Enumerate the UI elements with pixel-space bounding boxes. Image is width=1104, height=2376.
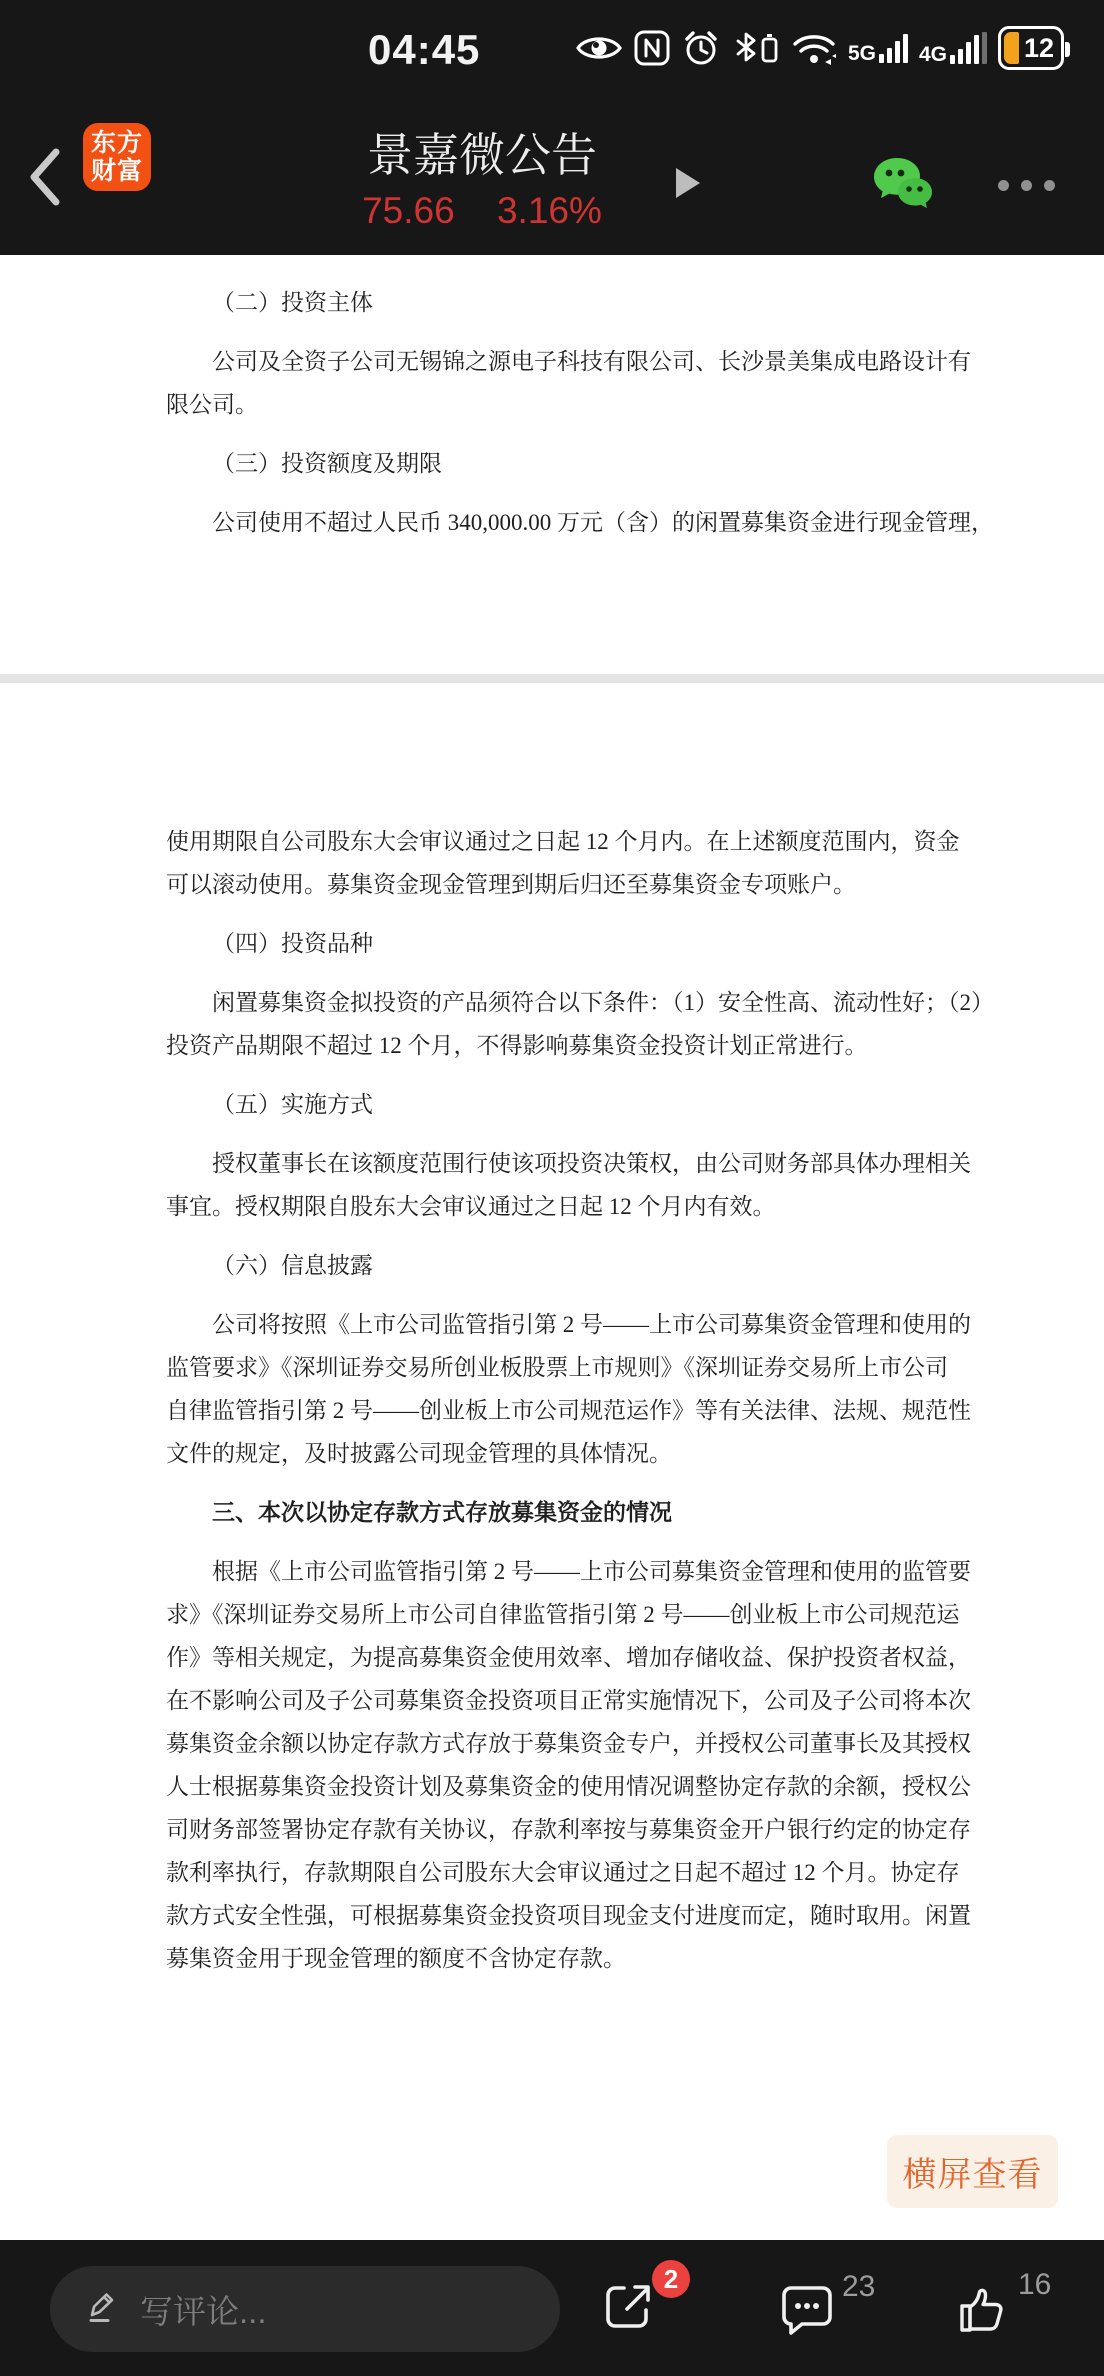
share-icon (602, 2280, 656, 2339)
document-line: 根据《上市公司监管指引第 2 号——上市公司募集资金管理和使用的监管要 (166, 1550, 954, 1593)
document-line: 款方式安全性强，可根据募集资金投资项目现金支付进度而定，随时取用。闲置 (166, 1894, 954, 1937)
document-line: 事宜。授权期限自股东大会审议通过之日起 12 个月内有效。 (166, 1185, 954, 1228)
document-continuation: 使用期限自公司股东大会审议通过之日起 12 个月内。在上述额度范围内，资金可以滚… (166, 820, 954, 906)
document-line: 闲置募集资金拟投资的产品须符合以下条件：（1）安全性高、流动性好；（2） (166, 981, 954, 1024)
document-para: 闲置募集资金拟投资的产品须符合以下条件：（1）安全性高、流动性好；（2）投资产品… (166, 981, 954, 1067)
like-button[interactable]: 16 (954, 2280, 1051, 2341)
logo-text-top: 东方 (91, 130, 143, 157)
document-line: 三、本次以协定存款方式存放募集资金的情况 (166, 1491, 954, 1534)
document-heading: （三）投资额度及期限 (166, 442, 954, 485)
battery-nub (1065, 42, 1070, 57)
document-line: （三）投资额度及期限 (166, 442, 954, 485)
share-button[interactable]: 2 (602, 2280, 656, 2339)
page-title[interactable]: 景嘉微公告 (302, 126, 662, 184)
document-line: 使用期限自公司股东大会审议通过之日起 12 个月内。在上述额度范围内，资金 (166, 820, 954, 863)
comments-button[interactable]: 23 (778, 2282, 875, 2343)
pdf-page-2: 使用期限自公司股东大会审议通过之日起 12 个月内。在上述额度范围内，资金可以滚… (0, 683, 1104, 2240)
document-line: 作》等相关规定，为提高募集资金使用效率、增加存储收益、保护投资者权益， (166, 1636, 954, 1679)
document-bold-heading: 三、本次以协定存款方式存放募集资金的情况 (166, 1491, 954, 1534)
document-line: （四）投资品种 (166, 922, 954, 965)
battery-icon: 12 (998, 26, 1064, 70)
signal-4g-icon: 4G (919, 32, 987, 64)
signal-5g-icon: 5G (848, 34, 908, 63)
document-line: 募集资金余额以协定存款方式存放于募集资金专户，并授权公司董事长及其授权 (166, 1722, 954, 1765)
document-line: 人士根据募集资金投资计划及募集资金的使用情况调整协定存款的余额，授权公 (166, 1765, 954, 1808)
share-badge: 2 (652, 2260, 690, 2298)
stock-change-percent: 3.16% (497, 190, 602, 231)
document-line: 文件的规定，及时披露公司现金管理的具体情况。 (166, 1432, 954, 1475)
comment-bubble-icon (778, 2282, 836, 2343)
status-bar: 04:45 5G 4G (0, 0, 1104, 96)
landscape-view-button[interactable]: 横屏查看 (887, 2135, 1058, 2208)
document-heading: （六）信息披露 (166, 1244, 954, 1287)
bluetooth-battery-icon (732, 30, 780, 66)
document-line: 限公司。 (166, 383, 954, 426)
alarm-icon (681, 30, 721, 66)
logo-text-bottom: 财富 (91, 158, 143, 185)
document-line: 可以滚动使用。募集资金现金管理到期后归还至募集资金专项账户。 (166, 863, 954, 906)
battery-fill (1004, 32, 1019, 64)
document-para: 根据《上市公司监管指引第 2 号——上市公司募集资金管理和使用的监管要求》《深圳… (166, 1550, 954, 1980)
pencil-icon (86, 2289, 120, 2330)
comment-placeholder: 写评论... (140, 2286, 267, 2333)
document-para: 授权董事长在该额度范围行使该项投资决策权，由公司财务部具体办理相关事宜。授权期限… (166, 1142, 954, 1228)
document-line: （二）投资主体 (166, 281, 954, 324)
more-menu-icon[interactable] (998, 180, 1055, 191)
play-icon[interactable] (676, 168, 700, 198)
document-line: 在不影响公司及子公司募集资金投资项目正常实施情况下，公司及子公司将本次 (166, 1679, 954, 1722)
wifi-icon (791, 30, 837, 66)
document-line: 公司使用不超过人民币 340,000.00 万元（含）的闲置募集资金进行现金管理… (166, 501, 954, 544)
document-para: 公司使用不超过人民币 340,000.00 万元（含）的闲置募集资金进行现金管理… (166, 501, 954, 544)
document-line: 公司及全资子公司无锡锦之源电子科技有限公司、长沙景美集成电路设计有 (166, 340, 954, 383)
back-icon[interactable] (26, 148, 62, 211)
wechat-icon[interactable] (870, 156, 934, 217)
document-line: 求》《深圳证券交易所上市公司自律监管指引第 2 号——创业板上市公司规范运 (166, 1593, 954, 1636)
title-bar: 东方 财富 景嘉微公告 75.66 3.16% (0, 96, 1104, 255)
document-heading: （五）实施方式 (166, 1083, 954, 1126)
eastmoney-logo[interactable]: 东方 财富 (83, 123, 151, 191)
document-line: 监管要求》《深圳证券交易所创业板股票上市规则》《深圳证券交易所上市公司 (166, 1346, 954, 1389)
document-para: 公司及全资子公司无锡锦之源电子科技有限公司、长沙景美集成电路设计有限公司。 (166, 340, 954, 426)
announcement-document[interactable]: （二）投资主体公司及全资子公司无锡锦之源电子科技有限公司、长沙景美集成电路设计有… (0, 255, 1104, 2240)
document-line: 司财务部签署协定存款有关协议，存款利率按与募集资金开户银行约定的协定存 (166, 1808, 954, 1851)
comment-input[interactable]: 写评论... (50, 2266, 560, 2352)
title-block: 景嘉微公告 75.66 3.16% (302, 96, 662, 232)
nfc-icon (634, 30, 670, 66)
bottom-toolbar: 写评论... 2 23 16 (0, 2240, 1104, 2376)
thumbs-up-icon (954, 2280, 1012, 2341)
page-divider (0, 674, 1104, 683)
like-count: 16 (1018, 2268, 1051, 2302)
document-line: 款利率执行，存款期限自公司股东大会审议通过之日起不超过 12 个月。协定存 (166, 1851, 954, 1894)
document-line: 募集资金用于现金管理的额度不含协定存款。 (166, 1937, 954, 1980)
stock-price: 75.66 (362, 190, 455, 231)
document-para: 公司将按照《上市公司监管指引第 2 号——上市公司募集资金管理和使用的监管要求》… (166, 1303, 954, 1475)
document-line: 投资产品期限不超过 12 个月，不得影响募集资金投资计划正常进行。 (166, 1024, 954, 1067)
clock-time: 04:45 (368, 26, 480, 74)
document-heading: （四）投资品种 (166, 922, 954, 965)
document-line: （五）实施方式 (166, 1083, 954, 1126)
document-heading: （二）投资主体 (166, 281, 954, 324)
document-line: 自律监管指引第 2 号——创业板上市公司规范运作》等有关法律、法规、规范性 (166, 1389, 954, 1432)
battery-percent: 12 (1024, 33, 1054, 64)
app-screen: 04:45 5G 4G (0, 0, 1104, 2376)
eye-protection-icon (575, 30, 623, 66)
comment-count: 23 (842, 2270, 875, 2304)
pdf-page-1: （二）投资主体公司及全资子公司无锡锦之源电子科技有限公司、长沙景美集成电路设计有… (0, 255, 1104, 674)
document-line: 授权董事长在该额度范围行使该项投资决策权，由公司财务部具体办理相关 (166, 1142, 954, 1185)
document-line: 公司将按照《上市公司监管指引第 2 号——上市公司募集资金管理和使用的 (166, 1303, 954, 1346)
document-line: （六）信息披露 (166, 1244, 954, 1287)
status-icons: 5G 4G 12 (575, 0, 1064, 96)
stock-quote: 75.66 3.16% (302, 190, 662, 232)
